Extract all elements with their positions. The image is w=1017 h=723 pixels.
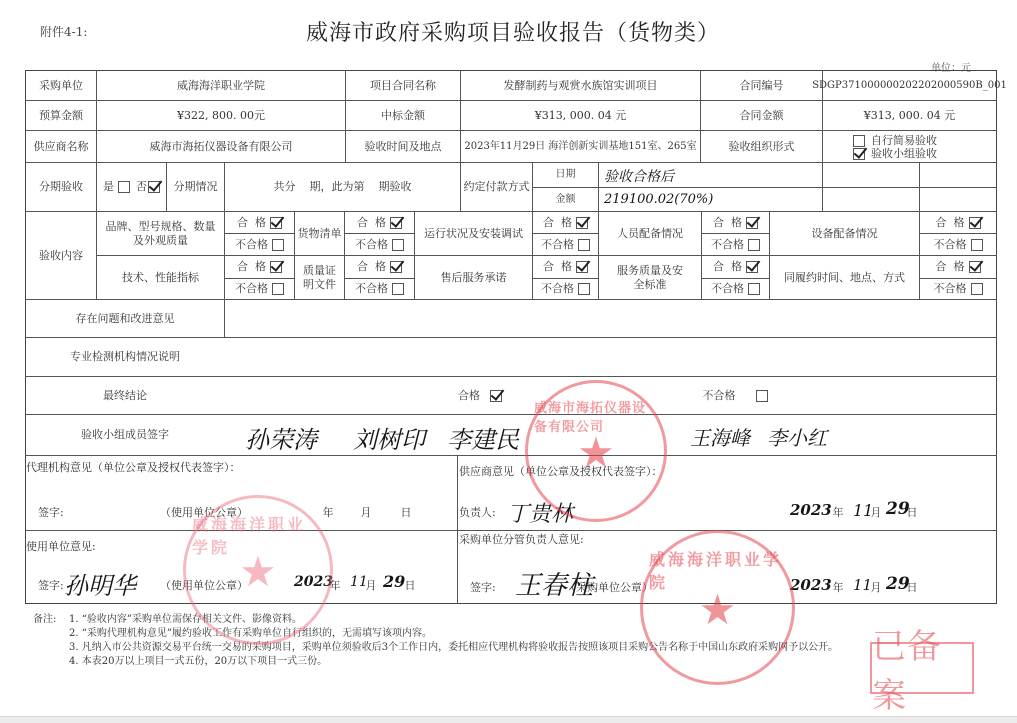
supplier-month-label: 月: [868, 505, 884, 521]
member-signature-1: 孙荣涛: [245, 420, 317, 455]
filed-stamp: 已备案: [870, 642, 974, 694]
checkbox-goods-list-pass[interactable]: [390, 217, 402, 229]
note-item-1: 1. “验收内容”采购单位需保存相关文件、影像资料。: [69, 613, 838, 627]
supplier-opinion-label: 供应商意见（单位公章及授权代表签字）：: [459, 464, 819, 480]
quality-docs-fail: 不合格: [345, 279, 414, 299]
checkbox-operation-pass[interactable]: [576, 217, 588, 229]
agent-year-label: 年: [320, 505, 336, 521]
payment-amount-label: 金额: [533, 188, 598, 211]
agent-day-label: 日: [398, 505, 414, 521]
brand-fail: 不合格: [225, 234, 294, 255]
checkbox-equipment-pass[interactable]: [969, 217, 981, 229]
notes-label: 备注:: [33, 613, 56, 627]
checkbox-equipment-fail[interactable]: [971, 239, 983, 251]
checkbox-after-sales-fail[interactable]: [578, 283, 590, 295]
checkbox-timing-fail[interactable]: [971, 283, 983, 295]
note-item-2: 2. “采购代理机构意见”履约验收工作有采购单位自行组织的，无需填写该项内容。: [69, 627, 838, 641]
after-sales-fail: 不合格: [533, 279, 598, 299]
supplier-year-value: 2023: [790, 501, 832, 519]
installment-label: 分期验收: [26, 163, 96, 211]
user-day-label: 日: [402, 578, 418, 594]
time-place-label: 验收时间及地点: [346, 131, 460, 162]
notes-section: 备注: 1. “验收内容”采购单位需保存相关文件、影像资料。 2. “采购代理机…: [33, 613, 838, 669]
checkbox-staffing-pass[interactable]: [746, 217, 758, 229]
after-sales-pass: 合 格: [533, 256, 598, 278]
operation-pass: 合 格: [533, 212, 598, 233]
checkbox-brand-pass[interactable]: [270, 217, 282, 229]
member-signature-4: 王海峰: [690, 422, 750, 451]
budget-value: ¥322, 800. 00元: [97, 101, 345, 130]
org-option-self[interactable]: 自行简易验收: [853, 134, 937, 147]
member-signature-5: 李小红: [767, 422, 827, 451]
user-opinion-label: 使用单位意见:: [26, 539, 226, 555]
agent-opinion-label: 代理机构意见（单位公章及授权代表签字）：: [26, 460, 446, 476]
contract-amount-value: ¥313, 000. 04 元: [823, 101, 996, 130]
operation-fail: 不合格: [533, 234, 598, 255]
payment-method-label: 约定付款方式: [461, 163, 532, 211]
performance-fail: 不合格: [225, 279, 294, 299]
checkbox-group-acceptance[interactable]: [853, 148, 865, 160]
conclusion-pass: 合格: [440, 377, 520, 414]
supplier-label: 供应商名称: [26, 131, 96, 162]
contract-name-label: 项目合同名称: [346, 71, 460, 100]
supplier-year-label: 年: [830, 505, 846, 521]
user-seal-label: （使用单位公章）: [160, 578, 270, 594]
issues-value[interactable]: [225, 300, 996, 337]
note-item-4: 4. 本表20万以上项目一式五份，20万以下项目一式三份。: [69, 655, 838, 669]
time-place-value: 2023年11月29日 海洋创新实训基地151室、265室: [461, 131, 700, 162]
checkbox-timing-pass[interactable]: [969, 261, 981, 273]
staffing-fail: 不合格: [702, 234, 769, 255]
leader-day-label: 日: [904, 580, 920, 596]
user-month-label: 月: [363, 578, 379, 594]
members-signature-label: 验收小组成员签字: [26, 415, 224, 455]
goods-list-fail: 不合格: [345, 234, 414, 255]
supplier-head-signature: 丁贵林: [507, 497, 573, 528]
budget-label: 预算金额: [26, 101, 96, 130]
checkbox-brand-fail[interactable]: [272, 239, 284, 251]
service-quality-fail: 不合格: [702, 279, 769, 299]
conclusion-fail: 不合格: [690, 377, 780, 414]
checkbox-installment-yes[interactable]: [118, 181, 130, 193]
leader-seal-label: （采购单位公章）: [565, 580, 675, 596]
installment-choice: 是 否: [97, 163, 166, 211]
inspection-item-after-sales: 售后服务承诺: [415, 256, 532, 299]
supplier-head-label: 负责人:: [459, 505, 509, 521]
goods-list-pass: 合 格: [345, 212, 414, 233]
inspection-item-quality-docs: 质量证明文件: [295, 256, 344, 299]
inspection-item-timing: 同履约时间、地点、方式: [770, 256, 919, 299]
staffing-pass: 合 格: [702, 212, 769, 233]
performance-pass: 合 格: [225, 256, 294, 278]
inspection-item-performance: 技术、性能指标: [97, 256, 224, 299]
bid-amount-value: ¥313, 000. 04 元: [461, 101, 700, 130]
checkbox-quality-docs-pass[interactable]: [390, 261, 402, 273]
org-form-label: 验收组织形式: [701, 131, 822, 162]
checkbox-staffing-fail[interactable]: [748, 239, 760, 251]
quality-docs-pass: 合 格: [345, 256, 414, 278]
payment-date-handwritten: 验收合格后: [604, 166, 674, 186]
inspection-item-goods-list: 货物清单: [295, 212, 344, 255]
supplier-value: 威海市海拓仪器设备有限公司: [97, 131, 345, 162]
leader-year-value: 2023: [790, 576, 832, 594]
checkbox-operation-fail[interactable]: [578, 239, 590, 251]
inspection-item-staffing: 人员配备情况: [599, 212, 701, 255]
testing-agency-label: 专业检测机构情况说明: [26, 338, 224, 376]
issues-label: 存在问题和改进意见: [26, 300, 224, 337]
installment-info-value: 共分 期，此为第 期验收: [225, 163, 460, 211]
inspection-item-equipment: 设备配备情况: [770, 212, 919, 255]
equipment-fail: 不合格: [920, 234, 996, 255]
inspection-item-service-quality: 服务质量及安全标准: [599, 256, 701, 299]
leader-sign-label: 签字:: [470, 580, 510, 596]
final-conclusion-label: 最终结论: [26, 377, 224, 414]
inspection-label: 验收内容: [26, 212, 96, 299]
member-signature-3: 李建民: [447, 420, 519, 455]
checkbox-goods-list-fail[interactable]: [392, 239, 404, 251]
member-signature-2: 刘树印: [353, 420, 425, 455]
contract-amount-label: 合同金额: [701, 101, 822, 130]
brand-pass: 合 格: [225, 212, 294, 233]
purchaser-value: 威海海洋职业学院: [97, 71, 345, 100]
checkbox-performance-fail[interactable]: [272, 283, 284, 295]
note-item-3: 3. 凡纳入市公共资源交易平台统一交易的采购项目，采购单位须验收后3个工作日内，…: [69, 641, 838, 655]
purchaser-label: 采购单位: [26, 71, 96, 100]
equipment-pass: 合 格: [920, 212, 996, 233]
checkbox-after-sales-pass[interactable]: [576, 261, 588, 273]
agent-sign-label: 签字:: [38, 505, 88, 521]
timing-fail: 不合格: [920, 279, 996, 299]
checkbox-conclusion-pass[interactable]: [490, 390, 502, 402]
testing-agency-value[interactable]: [225, 338, 996, 376]
payment-date-label: 日期: [533, 163, 598, 187]
agent-seal-label: （使用单位公章）: [160, 505, 270, 521]
contract-name-value: 发酵制药与观赏水族馆实训项目: [461, 71, 700, 100]
checkbox-installment-no[interactable]: [148, 181, 160, 193]
inspection-item-operation: 运行状况及安装调试: [415, 212, 532, 255]
org-form-options: 自行简易验收 验收小组验收: [823, 131, 996, 162]
leader-opinion-label: 采购单位分管负责人意见:: [459, 532, 659, 548]
timing-pass: 合 格: [920, 256, 996, 278]
user-signature: 孙明华: [64, 566, 136, 601]
bid-amount-label: 中标金额: [346, 101, 460, 130]
inspection-item-brand: 品牌、型号规格、数量及外观质量: [97, 212, 224, 255]
service-quality-pass: 合 格: [702, 256, 769, 278]
contract-no-label: 合同编号: [701, 71, 822, 100]
checkbox-conclusion-fail[interactable]: [756, 390, 768, 402]
checkbox-service-quality-pass[interactable]: [746, 261, 758, 273]
agent-month-label: 月: [358, 505, 374, 521]
supplier-day-label: 日: [904, 505, 920, 521]
leader-month-label: 月: [868, 580, 884, 596]
checkbox-performance-pass[interactable]: [270, 261, 282, 273]
payment-amount-handwritten: 219100.02(70%): [604, 192, 713, 207]
checkbox-service-quality-fail[interactable]: [748, 283, 760, 295]
leader-year-label: 年: [830, 580, 846, 596]
user-year-label: 年: [327, 578, 343, 594]
contract-no-value: SDGP371000000202202000590B_001: [823, 71, 996, 100]
org-option-group[interactable]: 验收小组验收: [853, 147, 937, 160]
installment-info-label: 分期情况: [167, 163, 224, 211]
checkbox-quality-docs-fail[interactable]: [392, 283, 404, 295]
